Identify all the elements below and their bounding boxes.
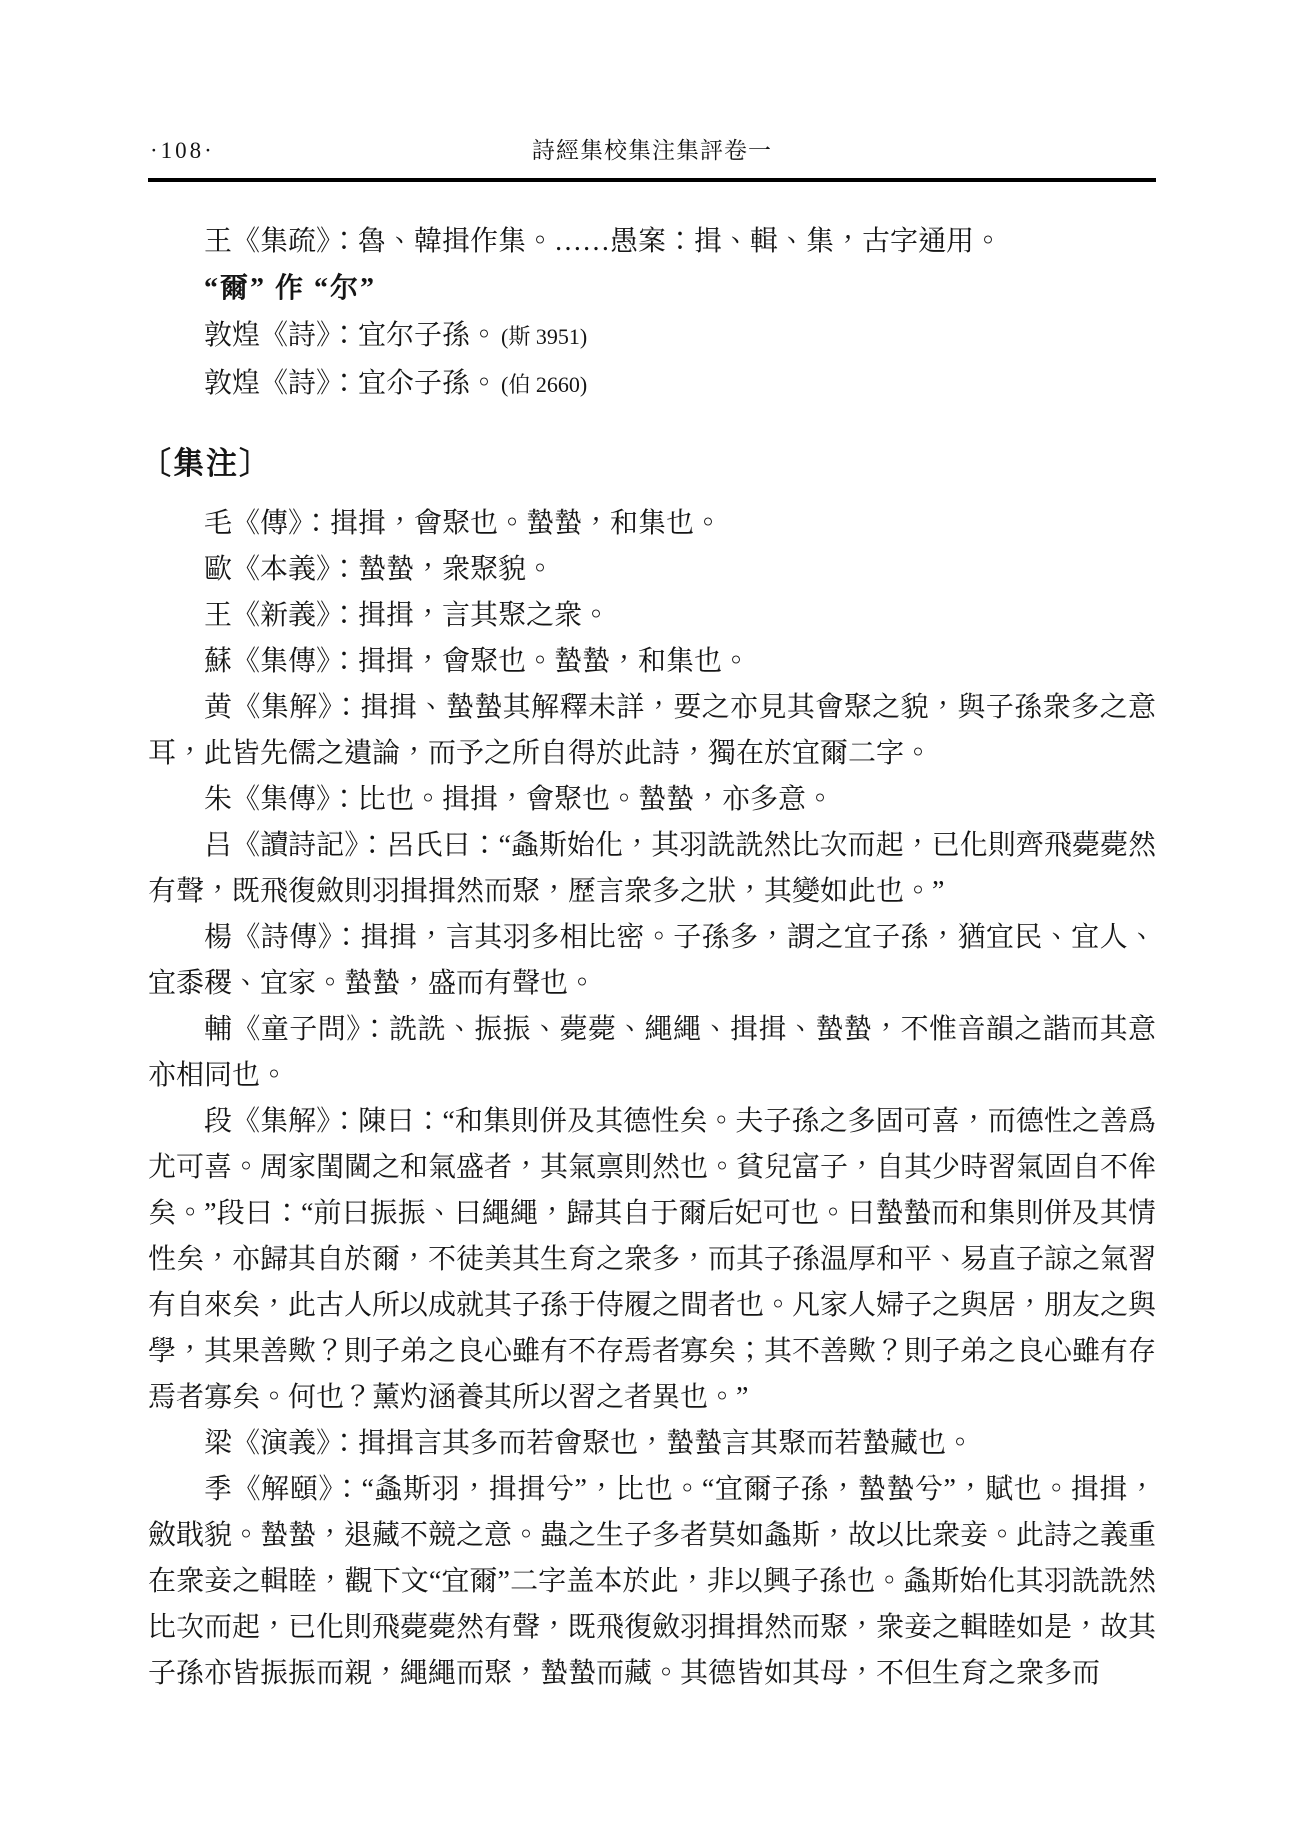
annotation-paragraph: 梁《演義》：揖揖言其多而若會聚也，蟄蟄言其聚而若蟄藏也。 <box>148 1421 1156 1467</box>
annotation-paragraph: 季《解頤》：“螽斯羽，揖揖兮”，比也。“宜爾子孫，蟄蟄兮”，賦也。揖揖，斂戢貌。… <box>148 1467 1156 1697</box>
annotation-paragraph: 毛《傳》：揖揖，會聚也。蟄蟄，和集也。 <box>148 501 1156 547</box>
header-rule <box>148 178 1156 182</box>
annotation-paragraph: 段《集解》：陳曰：“和集則併及其德性矣。夫子孫之多固可喜，而德性之善爲尤可喜。周… <box>148 1099 1156 1421</box>
page-header: ·108· 詩經集校集注集評卷一 <box>148 136 1156 166</box>
collation-text: 敦煌《詩》：宜尔子孫。 <box>204 320 498 351</box>
section-title: 〔集注〕 <box>140 438 1156 483</box>
annotation-paragraph: 歐《本義》：蟄蟄，衆聚貌。 <box>148 547 1156 593</box>
annotation-paragraph: 蘇《集傳》：揖揖，會聚也。蟄蟄，和集也。 <box>148 639 1156 685</box>
collation-line: 王《集疏》：魯、韓揖作集。……愚案：揖、輯、集，古字通用。 <box>148 218 1156 265</box>
annotation-paragraph: 輔《童子問》：詵詵、振振、薨薨、繩繩、揖揖、蟄蟄，不惟音韻之諧而其意亦相同也。 <box>148 1007 1156 1099</box>
collation-block: 王《集疏》：魯、韓揖作集。……愚案：揖、輯、集，古字通用。 “爾” 作 “尔” … <box>148 218 1156 408</box>
annotations-block: 毛《傳》：揖揖，會聚也。蟄蟄，和集也。 歐《本義》：蟄蟄，衆聚貌。 王《新義》：… <box>148 501 1156 1697</box>
annotation-paragraph: 吕《讀詩記》：呂氏曰：“螽斯始化，其羽詵詵然比次而起，已化則齊飛薨薨然有聲，既飛… <box>148 823 1156 915</box>
collation-line: 敦煌《詩》：宜尒子孫。(伯 2660) <box>148 360 1156 408</box>
page-number: ·108· <box>150 136 215 166</box>
collation-line: 敦煌《詩》：宜尔子孫。(斯 3951) <box>148 312 1156 360</box>
variant-heading: “爾” 作 “尔” <box>148 265 1156 312</box>
source-note: (斯 3951) <box>501 324 587 349</box>
running-title: 詩經集校集注集評卷一 <box>532 136 772 166</box>
collation-text: 敦煌《詩》：宜尒子孫。 <box>204 368 498 399</box>
book-page: ·108· 詩經集校集注集評卷一 王《集疏》：魯、韓揖作集。……愚案：揖、輯、集… <box>0 0 1300 1827</box>
annotation-paragraph: 王《新義》：揖揖，言其聚之衆。 <box>148 593 1156 639</box>
collation-text: 王《集疏》：魯、韓揖作集。……愚案：揖、輯、集，古字通用。 <box>204 226 1002 257</box>
annotation-paragraph: 朱《集傳》：比也。揖揖，會聚也。蟄蟄，亦多意。 <box>148 777 1156 823</box>
annotation-paragraph: 黄《集解》：揖揖、蟄蟄其解釋未詳，要之亦見其會聚之貌，與子孫衆多之意耳，此皆先儒… <box>148 685 1156 777</box>
source-note: (伯 2660) <box>501 372 587 397</box>
annotation-paragraph: 楊《詩傳》：揖揖，言其羽多相比密。子孫多，謂之宜子孫，猶宜民、宜人、宜黍稷、宜家… <box>148 915 1156 1007</box>
variant-heading-text: “爾” 作 “尔” <box>204 273 376 304</box>
